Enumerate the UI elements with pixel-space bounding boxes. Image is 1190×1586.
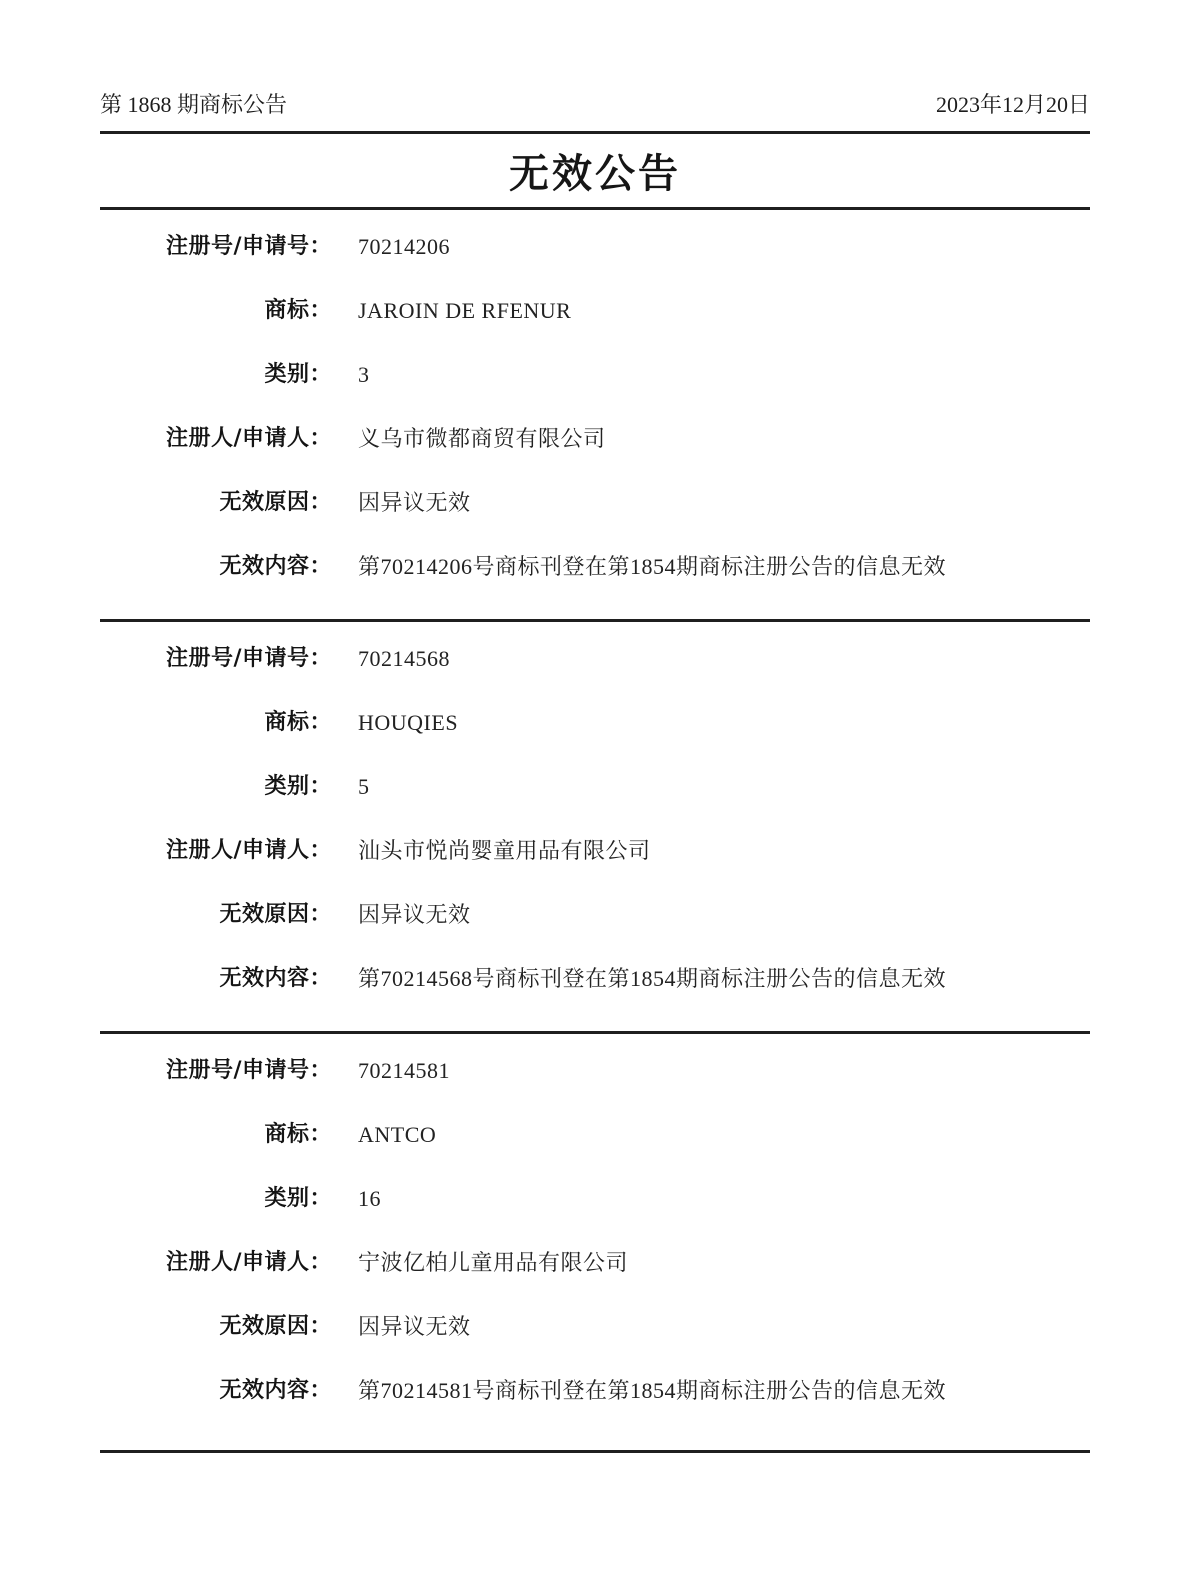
page-title: 无效公告 [509,142,681,199]
field-value-registrant: 义乌市微都商贸有限公司 [358,424,606,454]
field-value-reg-no: 70214206 [358,232,450,262]
field-label-trademark: 商标： [100,708,332,738]
field-value-trademark: ANTCO [358,1120,436,1150]
document-page: 第 1868 期商标公告 2023年12月20日 无效公告 注册号/申请号： 7… [0,0,1190,1586]
field-label-content: 无效内容： [100,552,332,582]
field-row-trademark: 商标： HOUQIES [100,708,1090,738]
field-row-content: 无效内容： 第70214206号商标刊登在第1854期商标注册公告的信息无效 [100,552,1090,582]
field-row-trademark: 商标： ANTCO [100,1120,1090,1150]
field-row-trademark: 商标： JAROIN DE RFENUR [100,296,1090,326]
field-label-reason: 无效原因： [100,488,332,518]
field-value-content: 第70214206号商标刊登在第1854期商标注册公告的信息无效 [358,552,946,582]
field-label-content: 无效内容： [100,964,332,994]
record-3: 注册号/申请号： 70214581 商标： ANTCO 类别： 16 注册人/申… [100,1034,1090,1453]
field-label-category: 类别： [100,772,332,802]
gazette-issue-label: 第 1868 期商标公告 [100,92,287,118]
field-value-reason: 因异议无效 [358,1312,471,1342]
field-label-registrant: 注册人/申请人： [100,424,332,454]
field-row-registrant: 注册人/申请人： 宁波亿柏儿童用品有限公司 [100,1248,1090,1278]
field-row-reason: 无效原因： 因异议无效 [100,900,1090,930]
field-value-category: 3 [358,360,370,390]
field-label-reason: 无效原因： [100,1312,332,1342]
field-label-reason: 无效原因： [100,900,332,930]
field-value-content: 第70214568号商标刊登在第1854期商标注册公告的信息无效 [358,964,946,994]
records-list: 注册号/申请号： 70214206 商标： JAROIN DE RFENUR 类… [100,210,1090,1453]
field-label-content: 无效内容： [100,1376,332,1406]
field-row-category: 类别： 5 [100,772,1090,802]
field-label-registrant: 注册人/申请人： [100,1248,332,1278]
field-value-reason: 因异议无效 [358,900,471,930]
field-value-reg-no: 70214568 [358,644,450,674]
field-label-reg-no: 注册号/申请号： [100,1056,332,1086]
field-label-registrant: 注册人/申请人： [100,836,332,866]
title-band: 无效公告 [100,134,1090,207]
field-row-category: 类别： 3 [100,360,1090,390]
field-value-category: 5 [358,772,370,802]
record-1: 注册号/申请号： 70214206 商标： JAROIN DE RFENUR 类… [100,210,1090,622]
page-header: 第 1868 期商标公告 2023年12月20日 [100,92,1090,118]
field-label-reg-no: 注册号/申请号： [100,644,332,674]
field-label-trademark: 商标： [100,1120,332,1150]
gazette-date-label: 2023年12月20日 [936,92,1090,118]
field-value-registrant: 汕头市悦尚婴童用品有限公司 [358,836,651,866]
field-row-reg-no: 注册号/申请号： 70214581 [100,1056,1090,1086]
field-value-reason: 因异议无效 [358,488,471,518]
field-row-reg-no: 注册号/申请号： 70214206 [100,232,1090,262]
field-label-category: 类别： [100,1184,332,1214]
record-2: 注册号/申请号： 70214568 商标： HOUQIES 类别： 5 注册人/… [100,622,1090,1034]
field-label-category: 类别： [100,360,332,390]
field-value-reg-no: 70214581 [358,1056,450,1086]
field-label-trademark: 商标： [100,296,332,326]
field-value-registrant: 宁波亿柏儿童用品有限公司 [358,1248,628,1278]
field-row-reason: 无效原因： 因异议无效 [100,488,1090,518]
field-value-trademark: HOUQIES [358,708,458,738]
field-row-reason: 无效原因： 因异议无效 [100,1312,1090,1342]
field-row-registrant: 注册人/申请人： 汕头市悦尚婴童用品有限公司 [100,836,1090,866]
field-row-registrant: 注册人/申请人： 义乌市微都商贸有限公司 [100,424,1090,454]
field-row-reg-no: 注册号/申请号： 70214568 [100,644,1090,674]
field-value-content: 第70214581号商标刊登在第1854期商标注册公告的信息无效 [358,1376,946,1406]
field-value-trademark: JAROIN DE RFENUR [358,296,571,326]
field-label-reg-no: 注册号/申请号： [100,232,332,262]
field-row-content: 无效内容： 第70214581号商标刊登在第1854期商标注册公告的信息无效 [100,1376,1090,1406]
field-row-category: 类别： 16 [100,1184,1090,1214]
field-value-category: 16 [358,1184,381,1214]
field-row-content: 无效内容： 第70214568号商标刊登在第1854期商标注册公告的信息无效 [100,964,1090,994]
